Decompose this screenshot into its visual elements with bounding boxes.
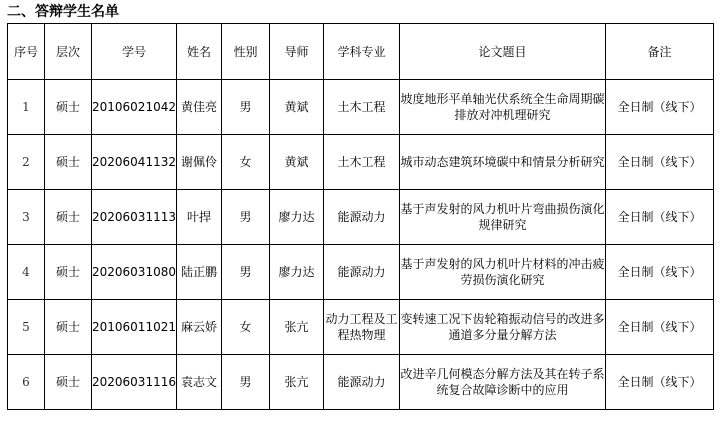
header-advisor: 导师: [269, 24, 323, 80]
cell-thesis-title: 坡度地形平单轴光伏系统全生命周期碳排放对冲机理研究: [399, 80, 605, 135]
cell-name: 麻云娇: [176, 300, 221, 355]
section-title: 二、答辩学生名单: [7, 4, 119, 20]
header-major: 学科专业: [323, 24, 399, 80]
cell-thesis-title: 基于声发射的风力机叶片材料的冲击疲劳损伤演化研究: [399, 245, 605, 300]
header-gender: 性别: [221, 24, 269, 80]
cell-gender: 男: [221, 245, 269, 300]
header-remark: 备注: [605, 24, 713, 80]
cell-major: 能源动力: [323, 355, 399, 410]
cell-level: 硕士: [45, 80, 92, 135]
cell-gender: 男: [221, 80, 269, 135]
cell-thesis-title: 改进辛几何模态分解方法及其在转子系统复合故障诊断中的应用: [399, 355, 605, 410]
cell-no: 3: [8, 190, 45, 245]
cell-major: 能源动力: [323, 190, 399, 245]
cell-advisor: 廖力达: [269, 190, 323, 245]
cell-level: 硕士: [45, 190, 92, 245]
header-level: 层次: [45, 24, 92, 80]
cell-major: 土木工程: [323, 80, 399, 135]
cell-remark: 全日制（线下）: [605, 135, 713, 190]
cell-advisor: 张亢: [269, 355, 323, 410]
cell-remark: 全日制（线下）: [605, 300, 713, 355]
cell-name: 袁志文: [176, 355, 221, 410]
header-name: 姓名: [176, 24, 221, 80]
cell-remark: 全日制（线下）: [605, 355, 713, 410]
header-thesis-title: 论文题目: [399, 24, 605, 80]
cell-gender: 男: [221, 355, 269, 410]
table-row: 3 硕士 20206031113 叶捍 男 廖力达 能源动力 基于声发射的风力机…: [8, 190, 714, 245]
header-no: 序号: [8, 24, 45, 80]
cell-gender: 女: [221, 135, 269, 190]
cell-thesis-title: 基于声发射的风力机叶片弯曲损伤演化规律研究: [399, 190, 605, 245]
cell-name: 叶捍: [176, 190, 221, 245]
cell-level: 硕士: [45, 355, 92, 410]
cell-gender: 女: [221, 300, 269, 355]
cell-major: 土木工程: [323, 135, 399, 190]
cell-thesis-title: 城市动态建筑环境碳中和情景分析研究: [399, 135, 605, 190]
cell-no: 4: [8, 245, 45, 300]
table-row: 2 硕士 20206041132 谢佩伶 女 黄斌 土木工程 城市动态建筑环境碳…: [8, 135, 714, 190]
cell-level: 硕士: [45, 135, 92, 190]
cell-level: 硕士: [45, 300, 92, 355]
cell-advisor: 廖力达: [269, 245, 323, 300]
cell-student-id: 20106011021: [92, 300, 177, 355]
cell-remark: 全日制（线下）: [605, 190, 713, 245]
table-row: 6 硕士 20206031116 袁志文 男 张亢 能源动力 改进辛几何模态分解…: [8, 355, 714, 410]
table-row: 1 硕士 20106021042 黄佳亮 男 黄斌 土木工程 坡度地形平单轴光伏…: [8, 80, 714, 135]
cell-no: 2: [8, 135, 45, 190]
cell-advisor: 黄斌: [269, 80, 323, 135]
cell-advisor: 黄斌: [269, 135, 323, 190]
cell-no: 1: [8, 80, 45, 135]
cell-level: 硕士: [45, 245, 92, 300]
cell-name: 陆正鹏: [176, 245, 221, 300]
cell-student-id: 20206041132: [92, 135, 177, 190]
cell-student-id: 20106021042: [92, 80, 177, 135]
cell-major: 动力工程及工程热物理: [323, 300, 399, 355]
cell-student-id: 20206031113: [92, 190, 177, 245]
cell-no: 5: [8, 300, 45, 355]
cell-remark: 全日制（线下）: [605, 80, 713, 135]
table-header-row: 序号 层次 学号 姓名 性别 导师 学科专业 论文题目 备注: [8, 24, 714, 80]
cell-no: 6: [8, 355, 45, 410]
cell-remark: 全日制（线下）: [605, 245, 713, 300]
header-student-id: 学号: [92, 24, 177, 80]
cell-gender: 男: [221, 190, 269, 245]
defense-student-table: 序号 层次 学号 姓名 性别 导师 学科专业 论文题目 备注 1 硕士 2010…: [7, 23, 714, 410]
cell-major: 能源动力: [323, 245, 399, 300]
cell-student-id: 20206031080: [92, 245, 177, 300]
table-row: 5 硕士 20106011021 麻云娇 女 张亢 动力工程及工程热物理 变转速…: [8, 300, 714, 355]
cell-student-id: 20206031116: [92, 355, 177, 410]
cell-thesis-title: 变转速工况下齿轮箱振动信号的改进多通道多分量分解方法: [399, 300, 605, 355]
cell-name: 黄佳亮: [176, 80, 221, 135]
cell-name: 谢佩伶: [176, 135, 221, 190]
table-row: 4 硕士 20206031080 陆正鹏 男 廖力达 能源动力 基于声发射的风力…: [8, 245, 714, 300]
cell-advisor: 张亢: [269, 300, 323, 355]
